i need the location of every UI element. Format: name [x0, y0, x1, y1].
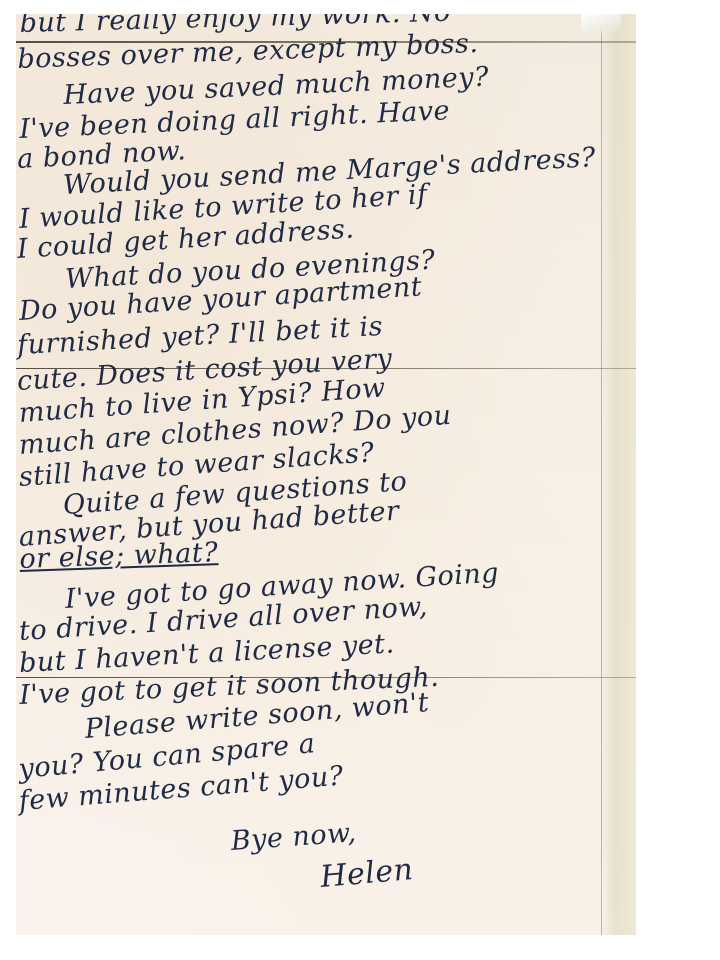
letter-closing: Bye now,	[230, 817, 358, 857]
torn-corner	[581, 14, 621, 44]
vertical-fold-crease	[601, 14, 602, 935]
paper-edge-strip	[601, 14, 636, 935]
signature: Helen	[319, 852, 415, 895]
letter-page: but I really enjoy my work. No bosses ov…	[16, 14, 636, 935]
letter-line-underlined: or else; what?	[19, 537, 219, 575]
